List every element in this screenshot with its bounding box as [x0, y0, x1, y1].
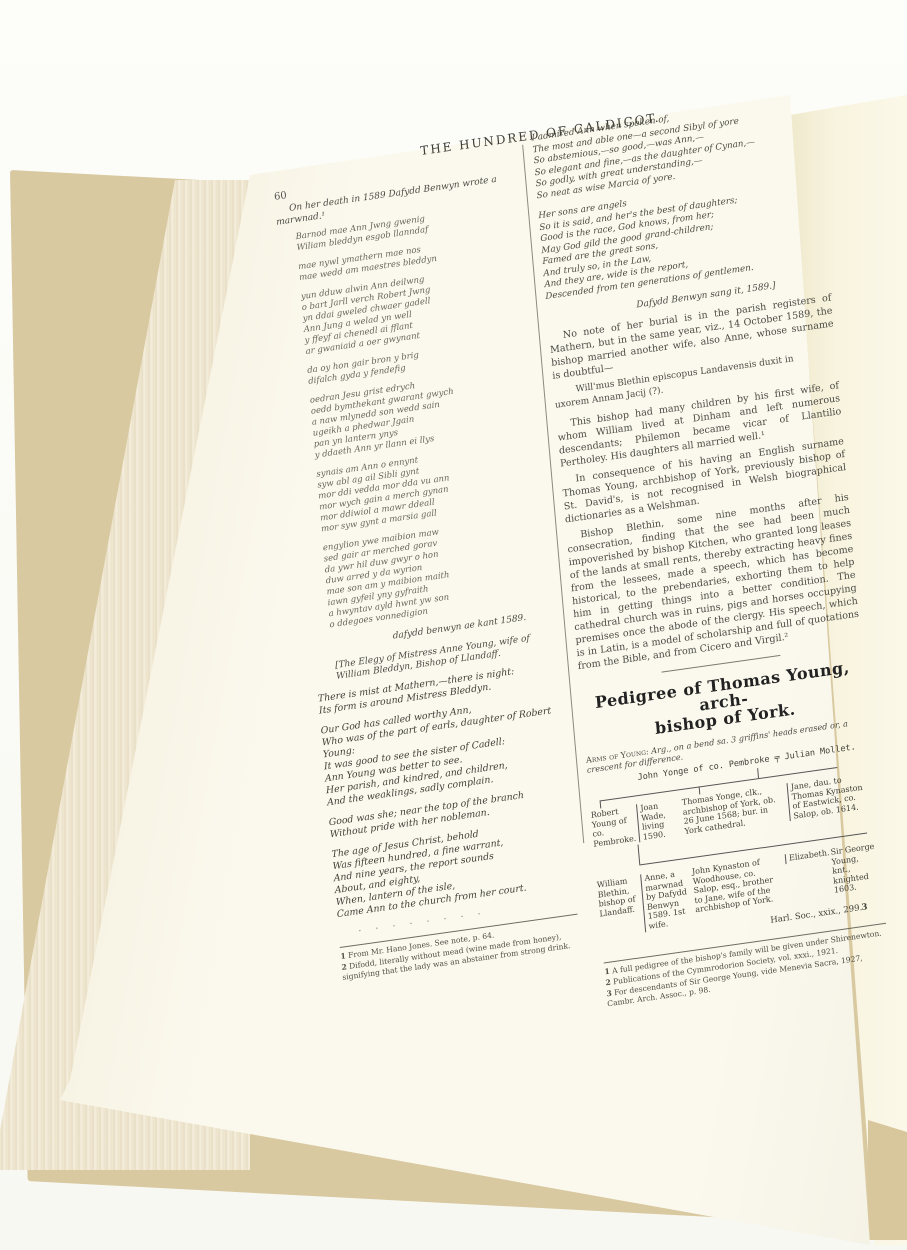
footnote-number: 2 — [605, 978, 611, 988]
footnote-number: 2 — [341, 962, 347, 972]
page-number: 60 — [274, 190, 288, 203]
person-node: Sir George Young, knt., knighted 1603. — [830, 842, 879, 896]
person-node: Robert Young of co. Pembroke. — [590, 805, 635, 849]
pedigree-tree: John Yonge of co. Pembroke ╤ Julian Moll… — [588, 741, 886, 960]
spouse-node: Joan Wade, living 1590. — [636, 799, 681, 843]
book-cover-edge — [868, 1120, 907, 1240]
tree-line — [638, 844, 641, 864]
footnote-marker: 3 — [861, 903, 868, 913]
spouse-node: Elizabeth. — [785, 849, 823, 864]
footnote-number: 3 — [606, 989, 612, 999]
tree-line — [757, 768, 759, 778]
spouse-node: Anne, a marwnad by Dafydd Benwyn 1589. 1… — [640, 868, 691, 932]
tree-line — [600, 800, 602, 808]
footnote-number: 1 — [604, 967, 610, 977]
person-node: William Blethin, bishop of Llandaff. — [597, 875, 640, 919]
footnote-number: 1 — [340, 951, 346, 961]
spouse-node: Jane, dau. to Thomas Kynaston of Eastwic… — [787, 772, 874, 822]
pedigree-source: Harl. Soc., xxix., 299. — [770, 904, 863, 926]
person-node: John Kynaston of Woodhouse, co. Salop, e… — [692, 855, 785, 915]
tree-line — [699, 786, 701, 794]
person-node: Thomas Yonge, clk., archbishop of York, … — [682, 784, 786, 836]
